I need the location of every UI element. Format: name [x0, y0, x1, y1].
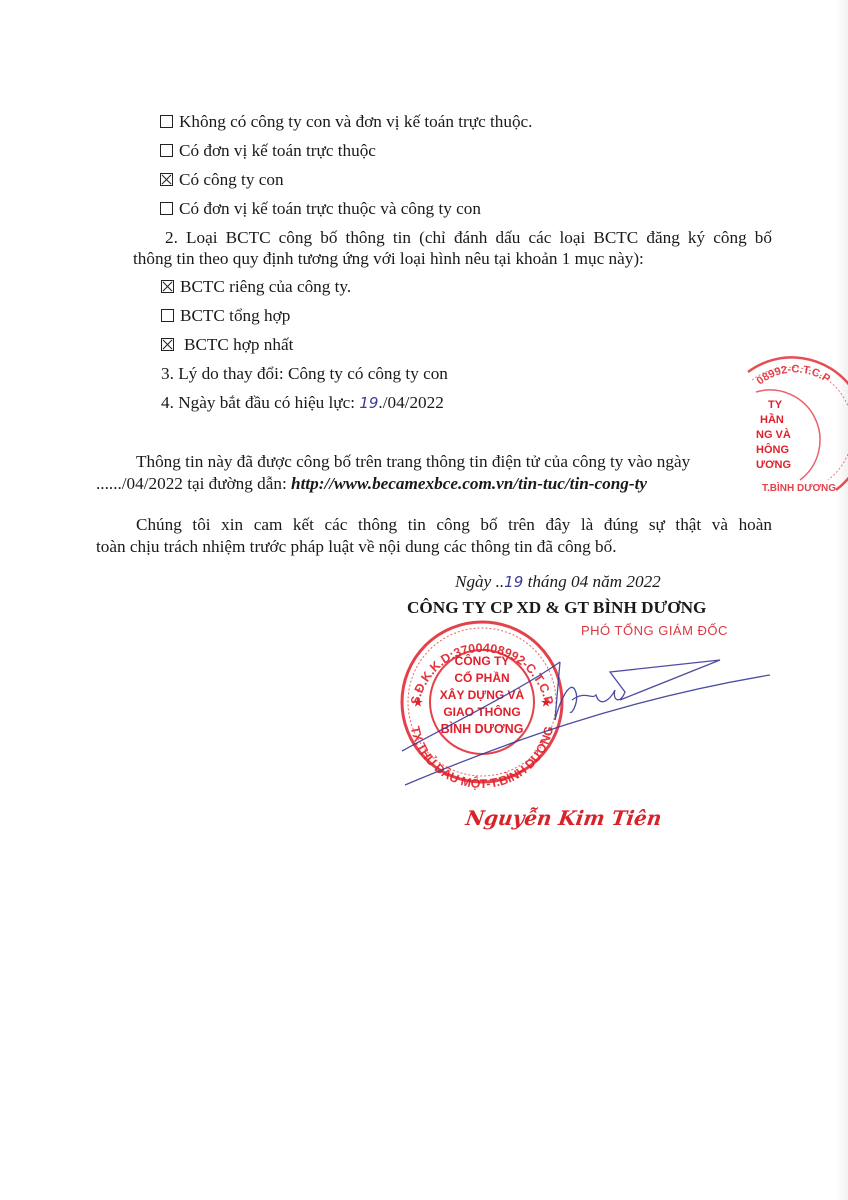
svg-text:HẦN: HẦN: [760, 413, 784, 426]
side-seal-partial: 08992-C.T.C.P TY HẦN NG VÀ HÔNG ƯƠNG T.B…: [0, 0, 848, 1200]
svg-text:TY: TY: [768, 399, 783, 411]
document-page: Không có công ty con và đơn vị kế toán t…: [0, 0, 848, 1200]
svg-text:08992-C.T.C.P: 08992-C.T.C.P: [755, 363, 833, 387]
svg-text:ƯƠNG: ƯƠNG: [756, 459, 791, 471]
svg-text:HÔNG: HÔNG: [756, 443, 789, 456]
svg-text:NG VÀ: NG VÀ: [756, 428, 791, 441]
svg-text:T.BÌNH DƯƠNG: T.BÌNH DƯƠNG: [762, 481, 836, 494]
signer-name: Nguyễn Kim Tiên: [464, 806, 663, 830]
